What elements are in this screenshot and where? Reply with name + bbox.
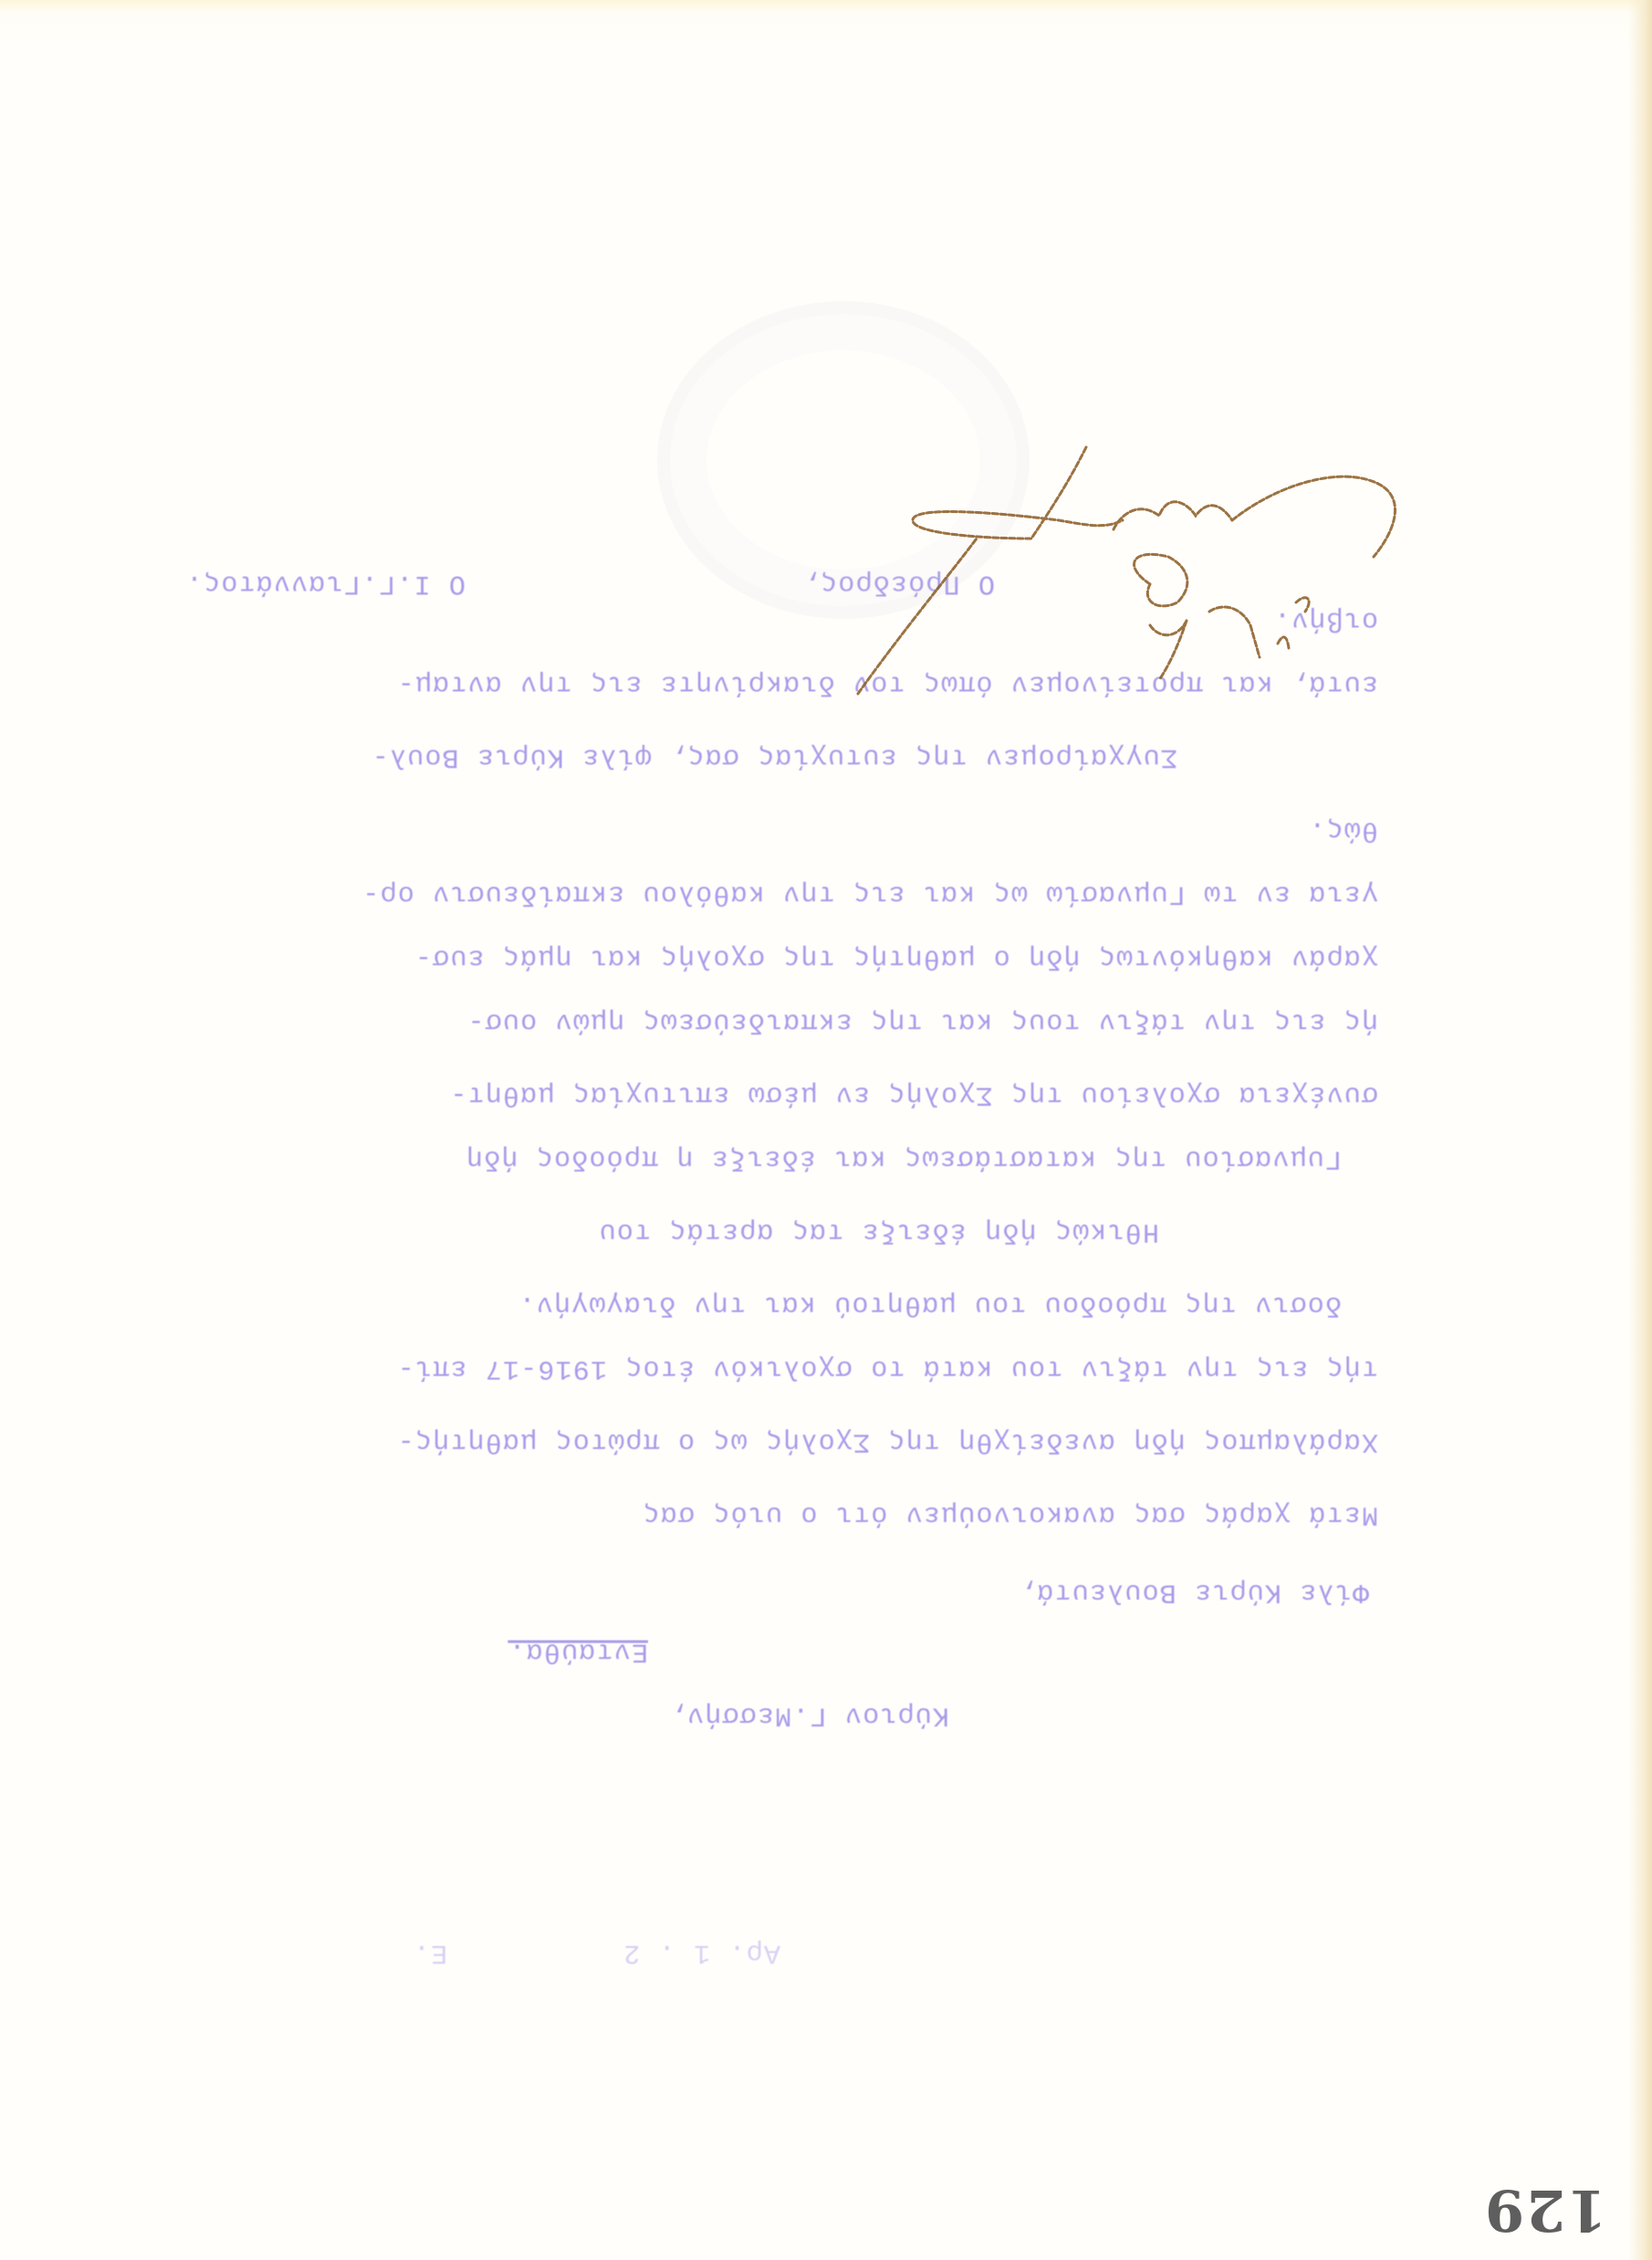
body-line: θώς. — [1308, 814, 1378, 845]
body-line: χαράν καθηκόντως ήδη ο μαθητής της σχολή… — [414, 942, 1378, 973]
body-line: γεια εν τω Γυμνασίω ως και εις την καθόλ… — [361, 878, 1378, 909]
body-line: Χαράλαμπος ήδη ανεδείχθη της Σχολής ως ο… — [397, 1426, 1378, 1457]
body-line: Γυμνασίου της καταστάσεως και έδειξε η π… — [465, 1143, 1342, 1174]
recipient: Κύριον Γ.Μεσσήν, — [669, 1700, 949, 1731]
recipient-location: Ενταύθα. — [507, 1636, 648, 1667]
body-line: δοσιν της πρόοδου του μαθητού και την δι… — [518, 1289, 1342, 1320]
body-line: Ηθικώς ήδη έδειξε τας αρετάς του — [599, 1216, 1160, 1247]
body-line: τής εις την τάξιν του κατά το σχολικόν έ… — [397, 1353, 1378, 1384]
body-line: ής εις την τάξιν τους και της εκπαιδεύσε… — [466, 1006, 1378, 1037]
body-line: συνέχεια σχολείου της Σχολής εν μέσω επι… — [449, 1079, 1378, 1110]
scanned-page: 129 Αρ. 1 . 2 Ε. Κύριον Γ.Μεσσήν, Ενταύθ… — [0, 0, 1652, 2260]
salutation: Φίλε Κύριε Βουλευτά, — [1019, 1576, 1369, 1607]
closing-name: Ο Ι.Γ.Γιαννάτος. — [185, 568, 465, 599]
handwritten-signature — [849, 429, 1433, 703]
body-line: Μετά χαράς σας ανακοινούμεν ότι ο υιός σ… — [642, 1499, 1378, 1530]
reference-line: Αρ. 1 . 2 Ε. — [413, 1937, 780, 1968]
body-line: Συγχαίρομεν της ευτυχίας σας, φίλε Κύριε… — [371, 741, 1177, 772]
